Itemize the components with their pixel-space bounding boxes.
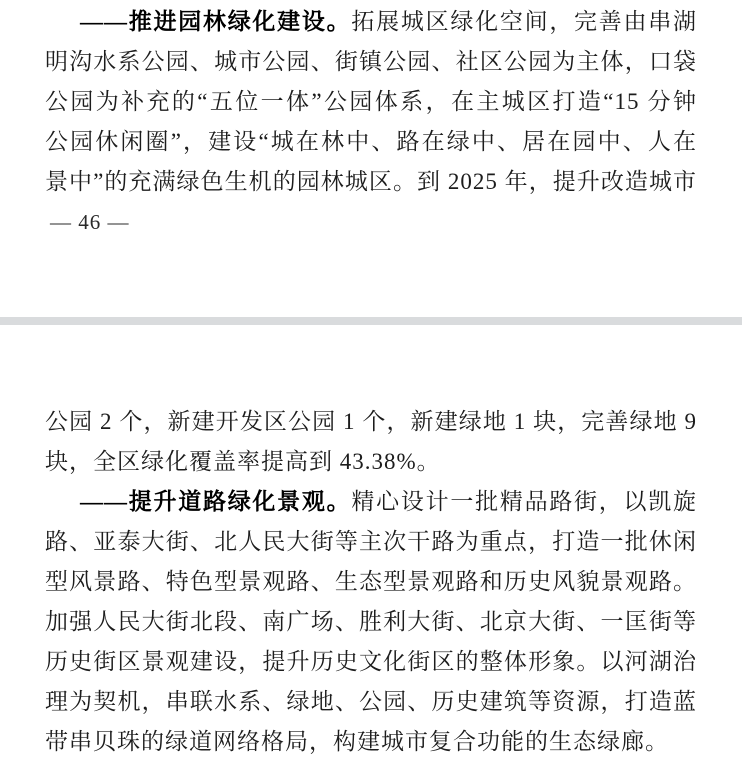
- text-line: ——提升道路绿化景观。精心设计一批精品路街，以凯旋: [45, 482, 697, 522]
- page-46-text-block: ——推进园林绿化建设。拓展城区绿化空间，完善由串湖明沟水系公园、城市公园、街镇公…: [45, 2, 697, 202]
- paragraph-text: 公园休闲圈”，建设“城在林中、路在绿中、居在园中、人在: [45, 129, 697, 154]
- paragraph-text: 公园 2 个，新建开发区公园 1 个，新建绿地 1 块，完善绿地 9: [45, 409, 697, 434]
- paragraph-text: 加强人民大街北段、南广场、胜利大街、北京大街、一匡街等: [45, 609, 697, 634]
- paragraph-text: 景中”的充满绿色生机的园林城区。到 2025 年，提升改造城市: [45, 169, 697, 194]
- text-line: 公园休闲圈”，建设“城在林中、路在绿中、居在园中、人在: [45, 122, 697, 162]
- page-number-footer: — 46 —: [45, 202, 697, 242]
- paragraph-text: 历史街区景观建设，提升历史文化街区的整体形象。以河湖治: [45, 649, 697, 674]
- text-line: 历史街区景观建设，提升历史文化街区的整体形象。以河湖治: [45, 642, 697, 682]
- paragraph-text: 理为契机，串联水系、绿地、公园、历史建筑等资源，打造蓝: [45, 689, 697, 714]
- paragraph-text: 精心设计一批精品路街，以凯旋: [351, 489, 697, 514]
- text-line: 路、亚泰大街、北人民大街等主次干路为重点，打造一批休闲: [45, 522, 697, 562]
- paragraph-text: 公园为补充的“五位一体”公园体系，在主城区打造“15 分钟: [45, 89, 697, 114]
- paragraph-text: 路、亚泰大街、北人民大街等主次干路为重点，打造一批休闲: [45, 529, 697, 554]
- text-line: 型风景路、特色型景观路、生态型景观路和历史风貌景观路。: [45, 562, 697, 602]
- text-line: ——推进园林绿化建设。拓展城区绿化空间，完善由串湖: [45, 2, 697, 42]
- paragraph-text: 拓展城区绿化空间，完善由串湖: [351, 9, 697, 34]
- paragraph-lead-bold: ——提升道路绿化景观。: [80, 489, 351, 514]
- text-line: 明沟水系公园、城市公园、街镇公园、社区公园为主体，口袋: [45, 42, 697, 82]
- text-line: 公园 2 个，新建开发区公园 1 个，新建绿地 1 块，完善绿地 9: [45, 402, 697, 442]
- paragraph-text: 带串贝珠的绿道网络格局，构建城市复合功能的生态绿廊。: [45, 729, 669, 754]
- text-line: 带串贝珠的绿道网络格局，构建城市复合功能的生态绿廊。: [45, 722, 697, 762]
- page-gap-separator: [0, 317, 742, 325]
- paragraph-text: 型风景路、特色型景观路、生态型景观路和历史风貌景观路。: [45, 569, 697, 594]
- paragraph-text: 块，全区绿化覆盖率提高到 43.38%。: [45, 449, 441, 474]
- text-line: 公园为补充的“五位一体”公园体系，在主城区打造“15 分钟: [45, 82, 697, 122]
- pdf-page-47: 公园 2 个，新建开发区公园 1 个，新建绿地 1 块，完善绿地 9块，全区绿化…: [0, 325, 742, 771]
- text-line: 块，全区绿化覆盖率提高到 43.38%。: [45, 442, 697, 482]
- pdf-page-46: ——推进园林绿化建设。拓展城区绿化空间，完善由串湖明沟水系公园、城市公园、街镇公…: [0, 0, 742, 317]
- paragraph-lead-bold: ——推进园林绿化建设。: [80, 9, 351, 34]
- text-line: 理为契机，串联水系、绿地、公园、历史建筑等资源，打造蓝: [45, 682, 697, 722]
- page-47-text-block: 公园 2 个，新建开发区公园 1 个，新建绿地 1 块，完善绿地 9块，全区绿化…: [45, 402, 697, 762]
- text-line: 加强人民大街北段、南广场、胜利大街、北京大街、一匡街等: [45, 602, 697, 642]
- text-line: 景中”的充满绿色生机的园林城区。到 2025 年，提升改造城市: [45, 162, 697, 202]
- paragraph-text: 明沟水系公园、城市公园、街镇公园、社区公园为主体，口袋: [45, 49, 697, 74]
